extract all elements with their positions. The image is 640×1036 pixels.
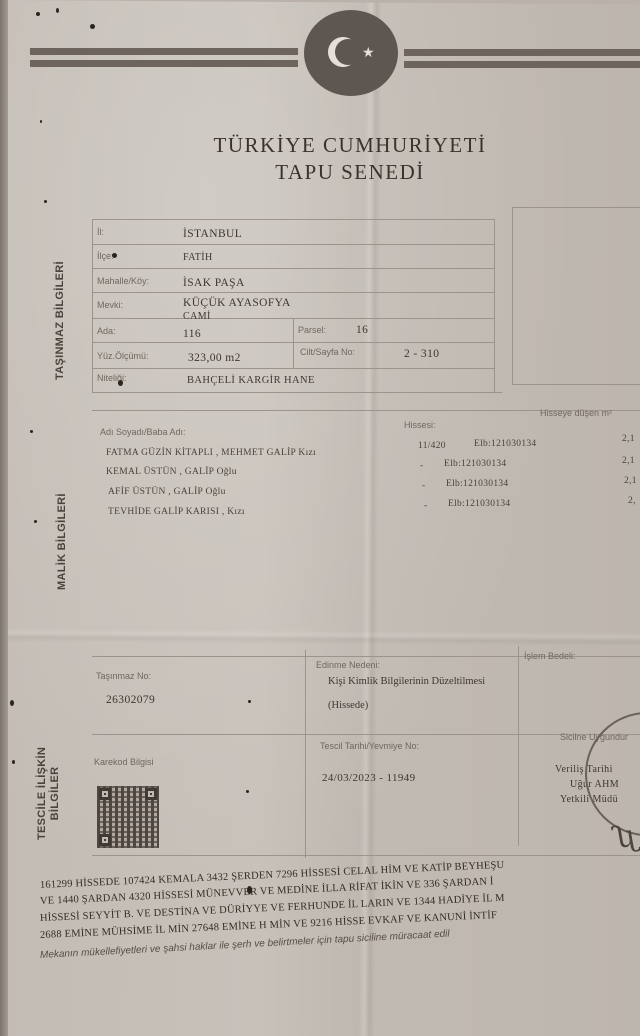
owner-share-header: Hissesi:: [404, 420, 436, 430]
owner-row-ref: Elb:121030134: [474, 439, 536, 449]
edinme-nedeni-value-line2: (Hissede): [328, 700, 368, 711]
edinme-nedeni-label: Edinme Nedeni:: [316, 660, 380, 670]
section-label-property: TAŞINMAZ BİLGİLERİ: [54, 261, 66, 380]
ada-value: 116: [183, 328, 201, 340]
parsel-value: 16: [356, 324, 368, 336]
owner-row-share: 11/420: [418, 441, 446, 451]
edinme-nedeni-value-line1: Kişi Kimlik Bilgilerinin Düzeltilmesi: [328, 676, 485, 687]
owner-row-ref: Elb:121030134: [446, 479, 508, 489]
tasinmaz-no-value: 26302079: [106, 694, 155, 706]
owner-row-name: TEVHİDE GALİP KARISI , Kızı: [108, 507, 245, 517]
tescil-label: Tescil Tarihi/Yevmiye No:: [320, 741, 419, 751]
star-icon: ★: [362, 46, 375, 60]
mahalle-value: İSAK PAŞA: [183, 277, 245, 289]
header-band: [30, 48, 298, 55]
cilt-sayfa-value: 2 - 310: [404, 348, 439, 360]
tasinmaz-no-label: Taşınmaz No:: [96, 671, 151, 681]
mahalle-label: Mahalle/Köy:: [97, 276, 149, 286]
owner-row-name: AFİF ÜSTÜN , GALİP Oğlu: [108, 487, 226, 497]
section-label-registration-line1: TESCİLE İLİŞKİN: [36, 747, 49, 840]
niteligi-value: BAHÇELİ KARGİR HANE: [187, 375, 315, 386]
mevki-value-line2: CAMİ: [183, 311, 211, 322]
section-label-registration: TESCİLE İLİŞKİN BİLGİLER: [36, 747, 62, 840]
yuzolcumu-label: Yüz.Ölçümü:: [97, 351, 149, 361]
mevki-value-line1: KÜÇÜK AYASOFYA: [183, 297, 291, 309]
ilce-value: FATİH: [183, 252, 213, 263]
owner-row-ref: Elb:121030134: [448, 499, 510, 509]
karekod-label: Karekod Bilgisi: [94, 757, 154, 767]
section-label-owner: MALİK BİLGİLERİ: [56, 493, 68, 590]
parsel-label: Parsel:: [298, 325, 326, 335]
fold-crease-horizontal: [4, 628, 640, 646]
owner-row-area: 2,: [628, 496, 636, 506]
owner-row-area: 2,1: [622, 434, 635, 444]
section-label-registration-line2: BİLGİLER: [49, 747, 62, 840]
owner-row-share: -: [422, 481, 425, 491]
owner-row-share: -: [424, 501, 427, 511]
mevki-label: Mevki:: [97, 300, 123, 310]
owner-row-name: KEMAL ÜSTÜN , GALİP Oğlu: [106, 467, 237, 477]
owner-row-area: 2,1: [624, 476, 637, 486]
owner-name-header: Adı Soyadı/Baba Adı:: [100, 427, 186, 437]
tescil-value: 24/03/2023 - 11949: [322, 772, 416, 784]
crescent-star-icon: ★: [304, 10, 398, 96]
islem-bedeli-label: İşlem Bedeli:: [524, 651, 576, 661]
owner-row-share: -: [420, 461, 423, 471]
ada-label: Ada:: [97, 326, 116, 336]
owner-row-area: 2,1: [622, 456, 635, 466]
header-band: [30, 60, 298, 67]
header-band: [404, 49, 640, 56]
cilt-sayfa-label: Cilt/Sayfa No:: [300, 347, 355, 357]
header-band: [404, 61, 640, 68]
owner-row-name: FATMA GÜZİN KİTAPLI , MEHMET GALİP Kızı: [106, 448, 316, 458]
il-value: İSTANBUL: [183, 228, 242, 240]
document-title: TÜRKİYE CUMHURİYETİ: [150, 133, 550, 158]
qr-code-icon: [97, 786, 159, 848]
yuzolcumu-value: 323,00 m2: [188, 352, 241, 364]
owner-row-ref: Elb:121030134: [444, 459, 506, 469]
ilce-label: İlçe:: [97, 251, 114, 261]
document-subtitle: TAPU SENEDİ: [150, 160, 550, 185]
owner-area-header: Hisseye düşen m²: [540, 408, 612, 418]
il-label: İl:: [97, 227, 104, 237]
paper-edge: [0, 0, 8, 1036]
crescent-icon: [328, 37, 358, 67]
